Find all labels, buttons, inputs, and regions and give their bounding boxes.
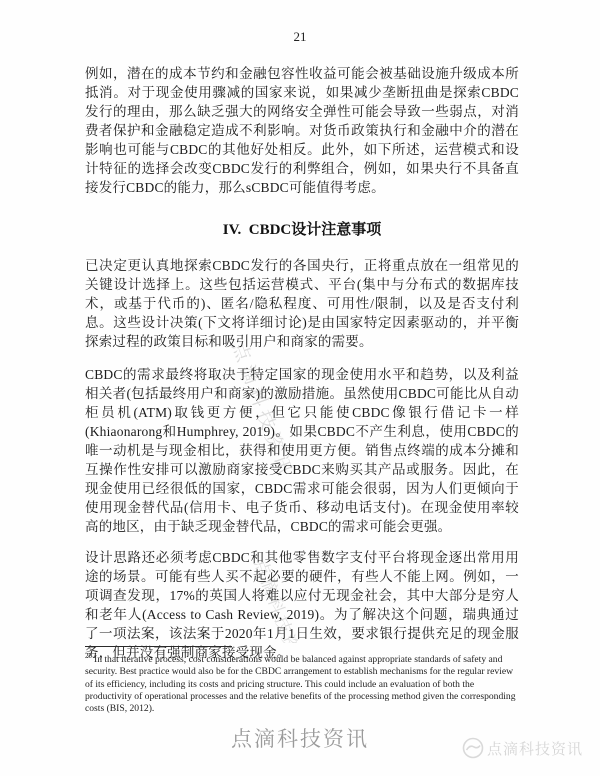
document-page: 21 点滴科技资讯 点滴科技资讯 例如，潜在的成本节约和金融包容性收益可能会被基… — [0, 0, 600, 776]
droplet-bird-logo-icon — [462, 737, 484, 759]
footnote-20: 20In that iterative process, cost consid… — [85, 654, 523, 715]
paragraph-cbdc-demand: CBDC的需求最终将取决于特定国家的现金使用水平和趋势，以及利益相关者(包括最终… — [85, 365, 519, 536]
corner-watermark: 点滴科技资讯 — [462, 737, 583, 759]
paragraph-cost-savings: 例如，潜在的成本节约和金融包容性收益可能会被基础设施升级成本所抵消。对于现金使用… — [85, 64, 519, 197]
paragraph-cashless-scenario: 设计思路还必须考虑CBDC和其他零售数字支付平台将现金逐出常用用途的场景。可能有… — [85, 548, 519, 662]
page-body: 例如，潜在的成本节约和金融包容性收益可能会被基础设施升级成本所抵消。对于现金使用… — [85, 64, 519, 662]
section-heading-cbdc-design: IV. CBDC设计注意事项 — [85, 218, 519, 239]
paragraph-design-choices: 已决定更认真地探索CBDC发行的各国央行，正将重点放在一组常见的关键设计选择上。… — [85, 256, 519, 351]
corner-watermark-text: 点滴科技资讯 — [487, 738, 583, 759]
footnote-marker: 20 — [85, 652, 92, 660]
page-number: 21 — [0, 29, 600, 45]
footnote-area: 20In that iterative process, cost consid… — [85, 646, 523, 715]
footnote-separator-rule — [85, 646, 232, 647]
footnote-text: In that iterative process, cost consider… — [85, 654, 516, 714]
